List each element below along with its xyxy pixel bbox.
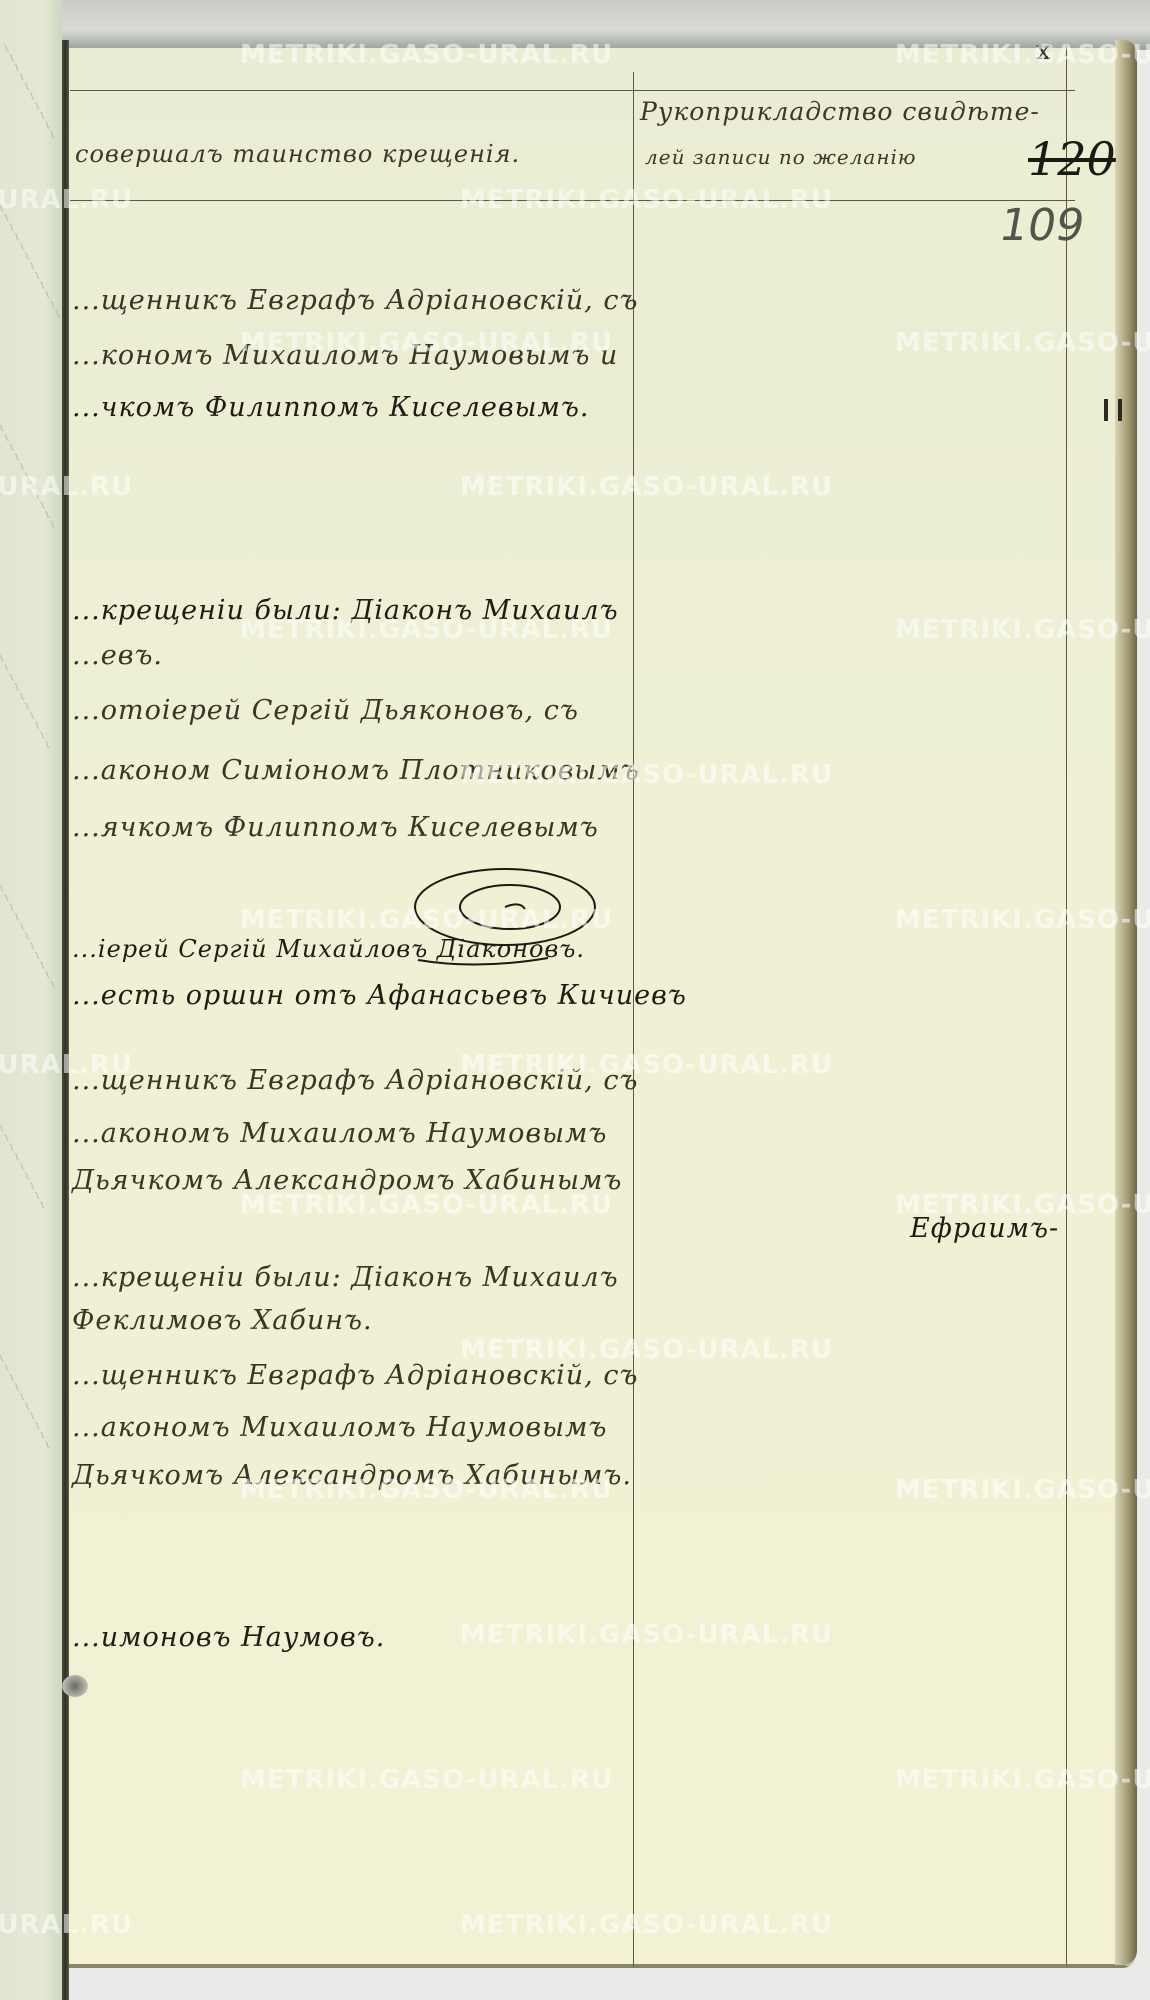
watermark: METRIKI.GASO-URAL.RU <box>460 185 833 215</box>
entry-2-line-2: ...евъ. <box>72 640 163 671</box>
entry-3-line-2: ...есть оршин отъ Афанасьевъ Кичиевъ <box>72 980 687 1011</box>
entry-5-line-1: ...крещеніи были: Діаконъ Михаилъ <box>72 1262 619 1293</box>
watermark: METRIKI.GASO-URAL.RU <box>240 1190 613 1220</box>
watermark: METRIKI.GASO-URAL.RU <box>240 1765 613 1795</box>
entry-2-line-3: ...отоіерей Сергій Дьяконовъ, съ <box>72 695 579 726</box>
right-column-header-line1: Рукоприкладство свидѣте- <box>640 97 1040 126</box>
watermark: METRIKI.GASO-URAL.RU <box>895 328 1150 358</box>
right-column-header-line2: лей записи по желанію <box>645 145 917 169</box>
watermark: METRIKI.GASO-URAL.RU <box>240 328 613 358</box>
ink-blot <box>62 1675 88 1697</box>
folio-number-new: 109 <box>996 200 1089 251</box>
watermark: METRIKI.GASO-URAL.RU <box>895 905 1150 935</box>
watermark: METRIKI.GASO-URAL.RU <box>0 1910 133 1940</box>
watermark: METRIKI.GASO-URAL.RU <box>895 1475 1150 1505</box>
previous-page-edge: ~~~~~~~~~~ ~~~~~~~~~~~~ ~~~~~~~~~~~ ~~~~… <box>0 0 62 2000</box>
watermark: METRIKI.GASO-URAL.RU <box>895 1765 1150 1795</box>
watermark: METRIKI.GASO-URAL.RU <box>0 1050 133 1080</box>
watermark: METRIKI.GASO-URAL.RU <box>460 1620 833 1650</box>
watermark: METRIKI.GASO-URAL.RU <box>460 472 833 502</box>
watermark: METRIKI.GASO-URAL.RU <box>0 472 133 502</box>
watermark: METRIKI.GASO-URAL.RU <box>895 40 1150 70</box>
watermark: METRIKI.GASO-URAL.RU <box>240 615 613 645</box>
watermark: METRIKI.GASO-URAL.RU <box>240 40 613 70</box>
watermark: METRIKI.GASO-URAL.RU <box>895 1190 1150 1220</box>
left-column-header: совершалъ таинство крещенія. <box>75 140 520 168</box>
entry-5-line-2: Феклимовъ Хабинъ. <box>72 1305 373 1336</box>
book-spine <box>62 40 69 2000</box>
scan-background-bottom <box>0 1968 1150 2000</box>
column-divider <box>633 72 634 1967</box>
watermark: METRIKI.GASO-URAL.RU <box>240 905 613 935</box>
header-top-rule <box>70 90 1075 91</box>
entry-2-line-5: ...ячкомъ Филиппомъ Киселевымъ <box>72 812 599 843</box>
entry-1-line-3: ...чкомъ Филиппомъ Киселевымъ. <box>72 392 590 423</box>
entry-3-line-1: ...іерей Сергій Михайловъ Діаконовъ. <box>72 935 585 963</box>
watermark: METRIKI.GASO-URAL.RU <box>460 1910 833 1940</box>
watermark: METRIKI.GASO-URAL.RU <box>460 760 833 790</box>
entry-6-line-1: ...имоновъ Наумовъ. <box>72 1622 385 1653</box>
watermark: METRIKI.GASO-URAL.RU <box>460 1050 833 1080</box>
watermark: METRIKI.GASO-URAL.RU <box>460 1335 833 1365</box>
entry-4-line-2: ...акономъ Михаиломъ Наумовымъ <box>72 1118 607 1149</box>
entry-1-line-1: ...щенникъ Евграфъ Адріановскій, съ <box>72 285 638 316</box>
entry-5-line-4: ...акономъ Михаиломъ Наумовымъ <box>72 1412 607 1443</box>
edge-ink-marks <box>1100 395 1130 425</box>
watermark: METRIKI.GASO-URAL.RU <box>895 615 1150 645</box>
folio-number-old: 120 <box>1028 132 1116 186</box>
watermark: METRIKI.GASO-URAL.RU <box>240 1475 613 1505</box>
watermark: METRIKI.GASO-URAL.RU <box>0 185 133 215</box>
